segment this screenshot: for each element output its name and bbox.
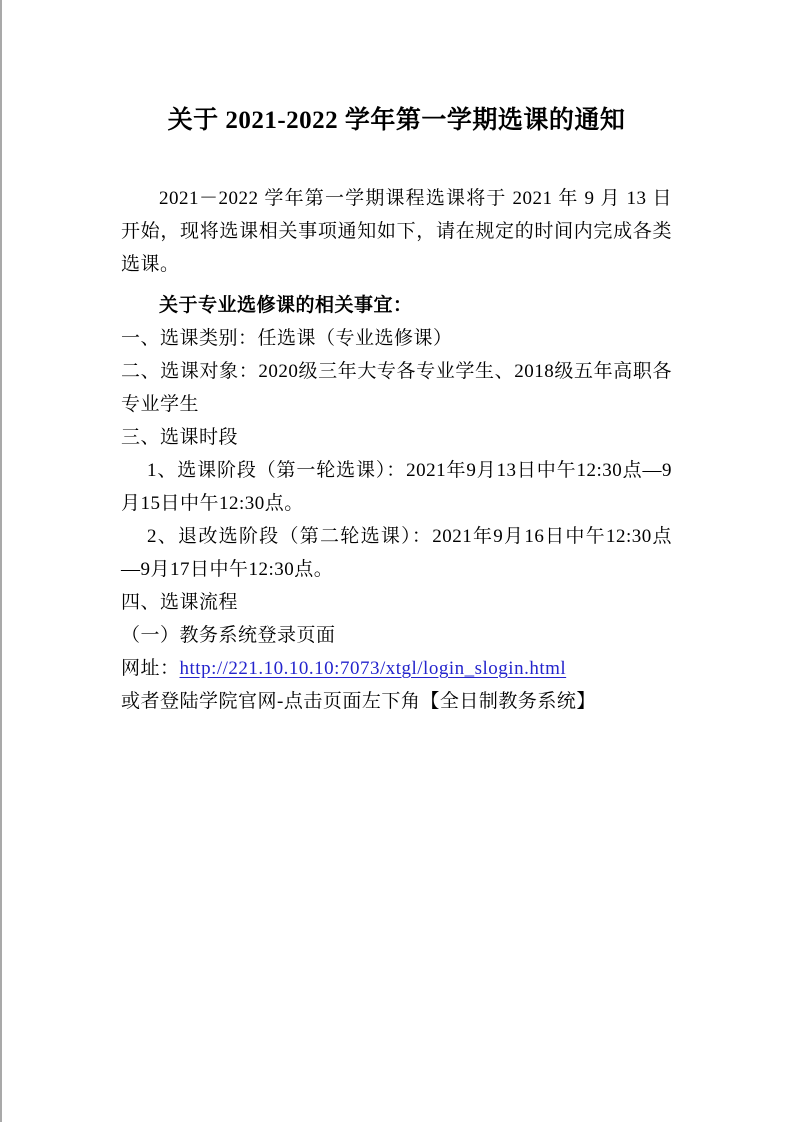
list-item-round-one: 1、选课阶段（第一轮选课）：2021年9月13日中午12:30点—9月15日中午… bbox=[121, 454, 672, 520]
document-page: 关于 2021-2022 学年第一学期选课的通知 2021－2022 学年第一学… bbox=[0, 0, 793, 1122]
url-label: 网址： bbox=[121, 658, 180, 679]
section-heading: 关于专业选修课的相关事宜： bbox=[121, 289, 672, 322]
intro-paragraph: 2021－2022 学年第一学期课程选课将于 2021 年 9 月 13 日开始… bbox=[121, 182, 672, 281]
list-item-course-procedure: 四、选课流程 bbox=[121, 586, 672, 619]
course-system-link[interactable]: http://221.10.10.10:7073/xtgl/login_slog… bbox=[180, 658, 567, 679]
list-item-login-page: （一）教务系统登录页面 bbox=[121, 619, 672, 652]
footer-line: 或者登陆学院官网-点击页面左下角【全日制教务系统】 bbox=[121, 685, 672, 718]
url-line: 网址：http://221.10.10.10:7073/xtgl/login_s… bbox=[121, 652, 672, 685]
list-item-course-type: 一、选课类别：任选课（专业选修课） bbox=[121, 322, 672, 355]
list-item-course-audience: 二、选课对象：2020级三年大专各专业学生、2018级五年高职各专业学生 bbox=[121, 355, 672, 421]
page-title: 关于 2021-2022 学年第一学期选课的通知 bbox=[121, 104, 672, 138]
list-item-round-two: 2、退改选阶段（第二轮选课）：2021年9月16日中午12:30点—9月17日中… bbox=[121, 520, 672, 586]
list-item-course-period: 三、选课时段 bbox=[121, 421, 672, 454]
